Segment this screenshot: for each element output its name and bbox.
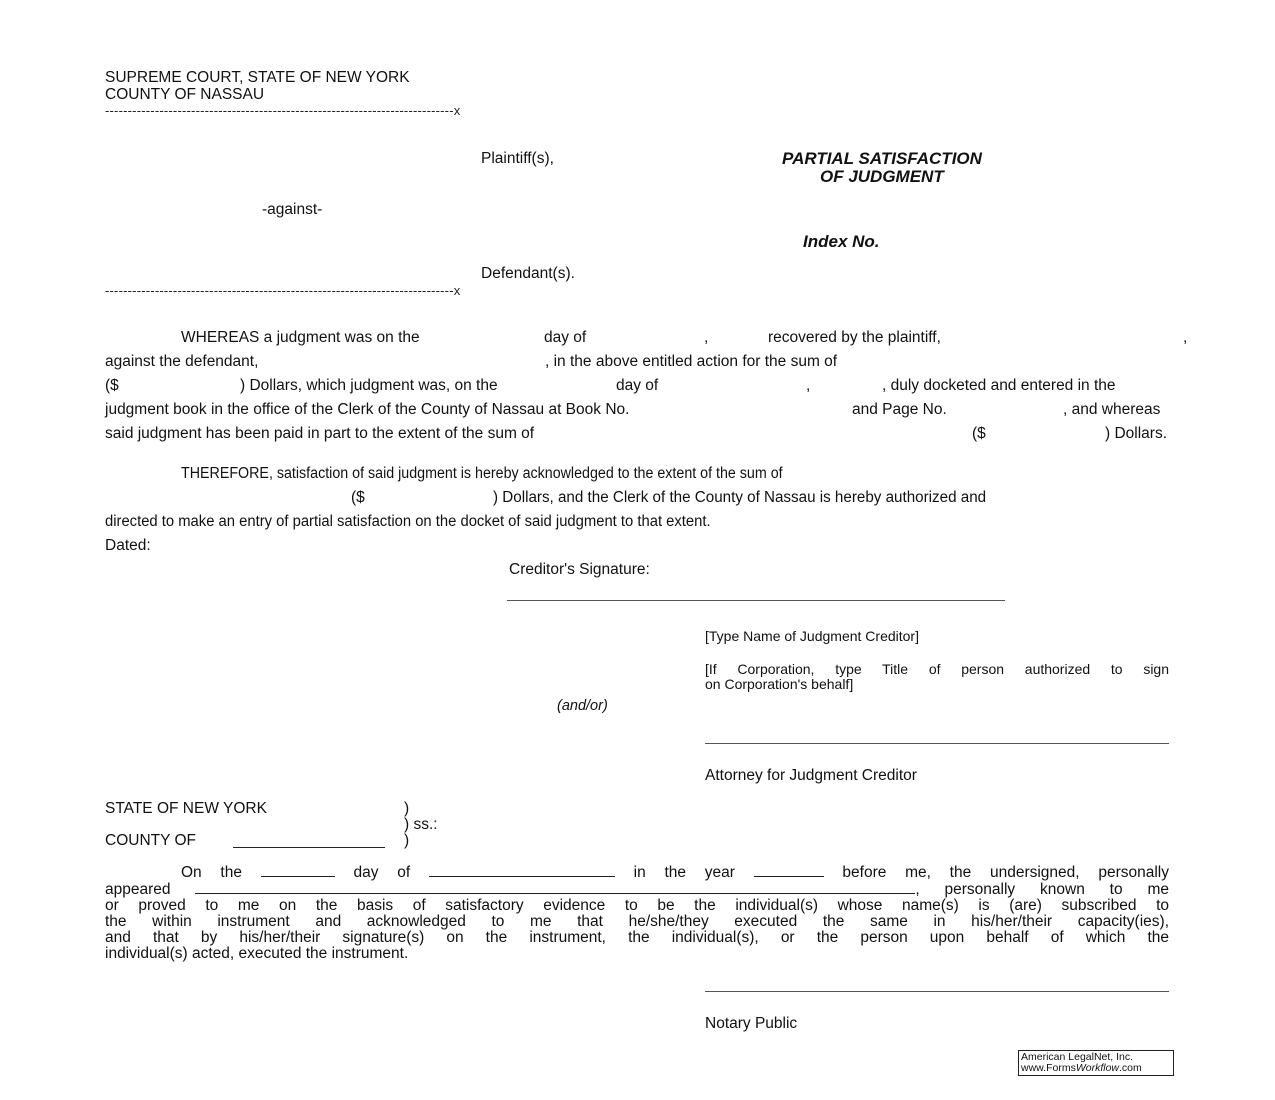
whereas-text: , in the above entitled action for the s…: [545, 353, 837, 371]
plaintiff-label: Plaintiff(s),: [481, 150, 554, 168]
court-name: SUPREME COURT, STATE OF NEW YORK: [105, 69, 410, 87]
publisher-url: www.FormsWorkflow.com: [1021, 1063, 1171, 1074]
notary-day-blank[interactable]: [261, 864, 335, 877]
document-title-line2: OF JUDGMENT: [820, 167, 944, 187]
notary-appeared-blank[interactable]: [195, 881, 915, 894]
whereas-text: ) Dollars, which judgment was, on the: [240, 377, 498, 395]
notary-text: , personally known to me: [915, 881, 1169, 898]
document-title-line1: PARTIAL SATISFACTION: [782, 149, 982, 169]
dated-label: Dated:: [105, 537, 151, 555]
whereas-text: recovered by the plaintiff,: [768, 329, 941, 347]
notary-signature-line[interactable]: [705, 991, 1169, 992]
caption-divider-bottom: ----------------------------------------…: [105, 283, 460, 298]
whereas-text: ,: [704, 329, 708, 347]
and-or-label: (and/or): [557, 698, 608, 714]
notary-year-blank[interactable]: [754, 864, 824, 877]
notary-text: individual(s) acted, executed the instru…: [105, 946, 1169, 962]
whereas-text: against the defendant,: [105, 353, 258, 371]
attorney-signature-line[interactable]: [705, 743, 1169, 744]
therefore-text: ($: [351, 489, 365, 507]
corporation-instruction-line1: [If Corporation, type Title of person au…: [705, 661, 1169, 677]
county-name: COUNTY OF NASSAU: [105, 86, 264, 104]
creditor-signature-label: Creditor's Signature:: [509, 561, 650, 579]
url-part: .com: [1119, 1062, 1142, 1074]
type-name-instruction: [Type Name of Judgment Creditor]: [705, 628, 919, 644]
index-number-label: Index No.: [803, 232, 880, 252]
notary-text: before me, the undersigned, personally: [842, 864, 1169, 881]
notary-text: in the year: [634, 864, 735, 881]
notary-text: appeared: [105, 881, 171, 898]
whereas-text: WHEREAS a judgment was on the: [181, 329, 420, 347]
against-label: -against-: [262, 201, 322, 219]
notary-text: or proved to me on the basis of satisfac…: [105, 898, 1169, 914]
creditor-signature-line[interactable]: [507, 600, 1005, 601]
notary-acknowledgment: On the day of in the year before me, the…: [105, 864, 1169, 962]
whereas-text: ($: [972, 425, 986, 443]
whereas-text: ,: [1183, 329, 1187, 347]
notary-text: the within instrument and acknowledged t…: [105, 914, 1169, 930]
venue-county: COUNTY OF: [105, 832, 196, 850]
whereas-text: , and whereas: [1063, 401, 1160, 419]
corporation-instruction-line2: on Corporation's behalf]: [705, 676, 853, 692]
whereas-text: ,: [806, 377, 810, 395]
url-part: www.Forms: [1021, 1062, 1076, 1074]
publisher-brand-box: American LegalNet, Inc. www.FormsWorkflo…: [1018, 1050, 1174, 1076]
notary-month-blank[interactable]: [429, 864, 615, 877]
notary-text: day of: [353, 864, 410, 881]
attorney-label: Attorney for Judgment Creditor: [705, 767, 917, 785]
whereas-text: , duly docketed and entered in the: [882, 377, 1116, 395]
therefore-text: ) Dollars, and the Clerk of the County o…: [493, 489, 986, 507]
url-part: Workflow: [1076, 1062, 1119, 1074]
whereas-text: and Page No.: [852, 401, 947, 419]
venue-county-blank[interactable]: [233, 847, 385, 848]
whereas-text: said judgment has been paid in part to t…: [105, 425, 534, 443]
venue-state: STATE OF NEW YORK: [105, 800, 267, 818]
therefore-text: directed to make an entry of partial sat…: [105, 513, 711, 531]
notary-public-label: Notary Public: [705, 1015, 797, 1033]
whereas-text: ) Dollars.: [1105, 425, 1167, 443]
caption-divider-top: ----------------------------------------…: [105, 103, 460, 118]
notary-text: On the: [181, 864, 242, 881]
whereas-text: day of: [544, 329, 586, 347]
whereas-text: judgment book in the office of the Clerk…: [105, 401, 629, 419]
notary-text: and that by his/her/their signature(s) o…: [105, 930, 1169, 946]
therefore-text: THEREFORE, satisfaction of said judgment…: [181, 465, 783, 483]
whereas-text: day of: [616, 377, 658, 395]
defendant-label: Defendant(s).: [481, 265, 575, 283]
whereas-text: ($: [105, 377, 119, 395]
venue-paren: ): [404, 832, 409, 850]
